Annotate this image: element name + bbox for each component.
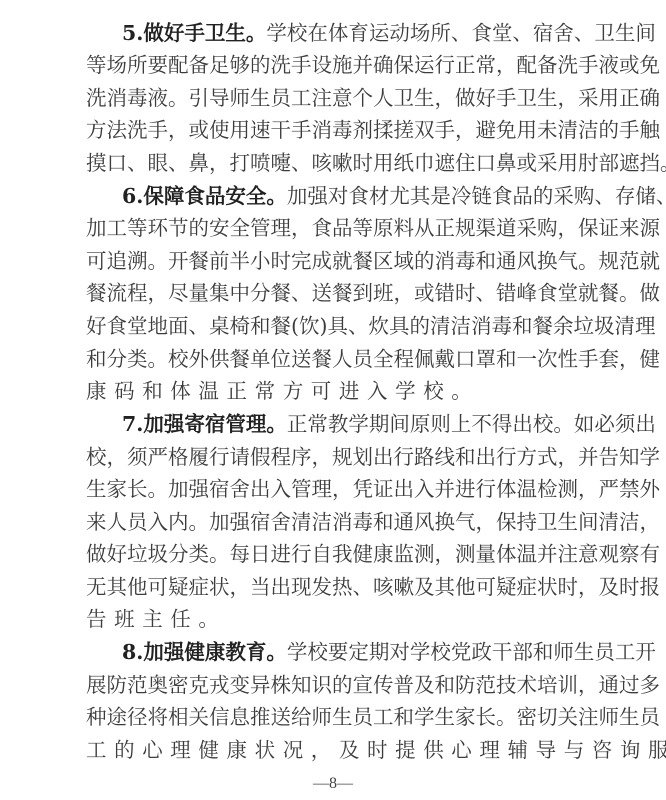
section-7-line-4: 来人员入内。加强宿舍清洁消毒和通风换气，保持卫生间清洁， [86, 506, 596, 538]
section-5-heading: 5.做好手卫生。 [122, 21, 266, 45]
section-8-line-2: 展防范奥密克戎变异株知识的宣传普及和防范技术培训，通过多 [86, 669, 596, 701]
section-8-heading: 8.加强健康教育。 [122, 640, 287, 664]
section-7-heading: 7.加强寄宿管理。 [122, 412, 287, 436]
section-7-line-7: 告班主任。 [86, 603, 596, 635]
section-5-line-4: 方法洗手，或使用速干手消毒剂揉搓双手，避免用未清洁的手触 [86, 114, 596, 146]
page-number: —8— [0, 773, 666, 795]
section-7-line-2: 校，须严格履行请假程序，规划出行路线和出行方式，并告知学 [86, 441, 596, 473]
section-8-line-3: 种途径将相关信息推送给师生员工和学生家长。密切关注师生员 [86, 701, 596, 733]
section-7-line-6: 无其他可疑症状，当出现发热、咳嗽及其他可疑症状时，及时报 [86, 571, 596, 603]
section-5-line-3: 洗消毒液。引导师生员工注意个人卫生，做好手卫生，采用正确 [86, 82, 596, 114]
section-6-heading: 6.保障食品安全。 [122, 184, 287, 208]
section-6-line-6: 和分类。校外供餐单位送餐人员全程佩戴口罩和一次性手套，健 [86, 343, 596, 375]
section-6-line-4: 餐流程，尽量集中分餐、送餐到班，或错时、错峰食堂就餐。做 [86, 277, 596, 309]
section-7-line-3: 生家长。加强宿舍出入管理，凭证出入并进行体温检测，严禁外 [86, 473, 596, 505]
document-page: 5.做好手卫生。学校在体育运动场所、食堂、宿舍、卫生间 等场所要配备足够的洗手设… [0, 0, 666, 800]
section-6-line-1: 6.保障食品安全。加强对食材尤其是冷链食品的采购、存储、 [122, 180, 596, 212]
section-6-line-3: 可追溯。开餐前半小时完成就餐区域的消毒和通风换气。规范就 [86, 245, 596, 277]
section-8-line-4: 工的心理健康状况，及时提供心理辅导与咨询服务。 [86, 734, 596, 766]
section-6-line-7: 康码和体温正常方可进入学校。 [86, 375, 596, 407]
section-7-line-1: 7.加强寄宿管理。正常教学期间原则上不得出校。如必须出 [122, 408, 596, 440]
section-8-line-1: 8.加强健康教育。学校要定期对学校党政干部和师生员工开 [122, 636, 596, 668]
section-6-line-5: 好食堂地面、桌椅和餐(饮)具、炊具的清洁消毒和餐余垃圾清理 [86, 310, 596, 342]
section-5-line-1: 5.做好手卫生。学校在体育运动场所、食堂、宿舍、卫生间 [122, 17, 596, 49]
section-7-line-5: 做好垃圾分类。每日进行自我健康监测，测量体温并注意观察有 [86, 538, 596, 570]
section-5-line-5: 摸口、眼、鼻，打喷嚏、咳嗽时用纸巾遮住口鼻或采用肘部遮挡。 [86, 147, 596, 179]
section-5-line-2: 等场所要配备足够的洗手设施并确保运行正常，配备洗手液或免 [86, 49, 596, 81]
section-6-line-2: 加工等环节的安全管理，食品等原料从正规渠道采购，保证来源 [86, 212, 596, 244]
